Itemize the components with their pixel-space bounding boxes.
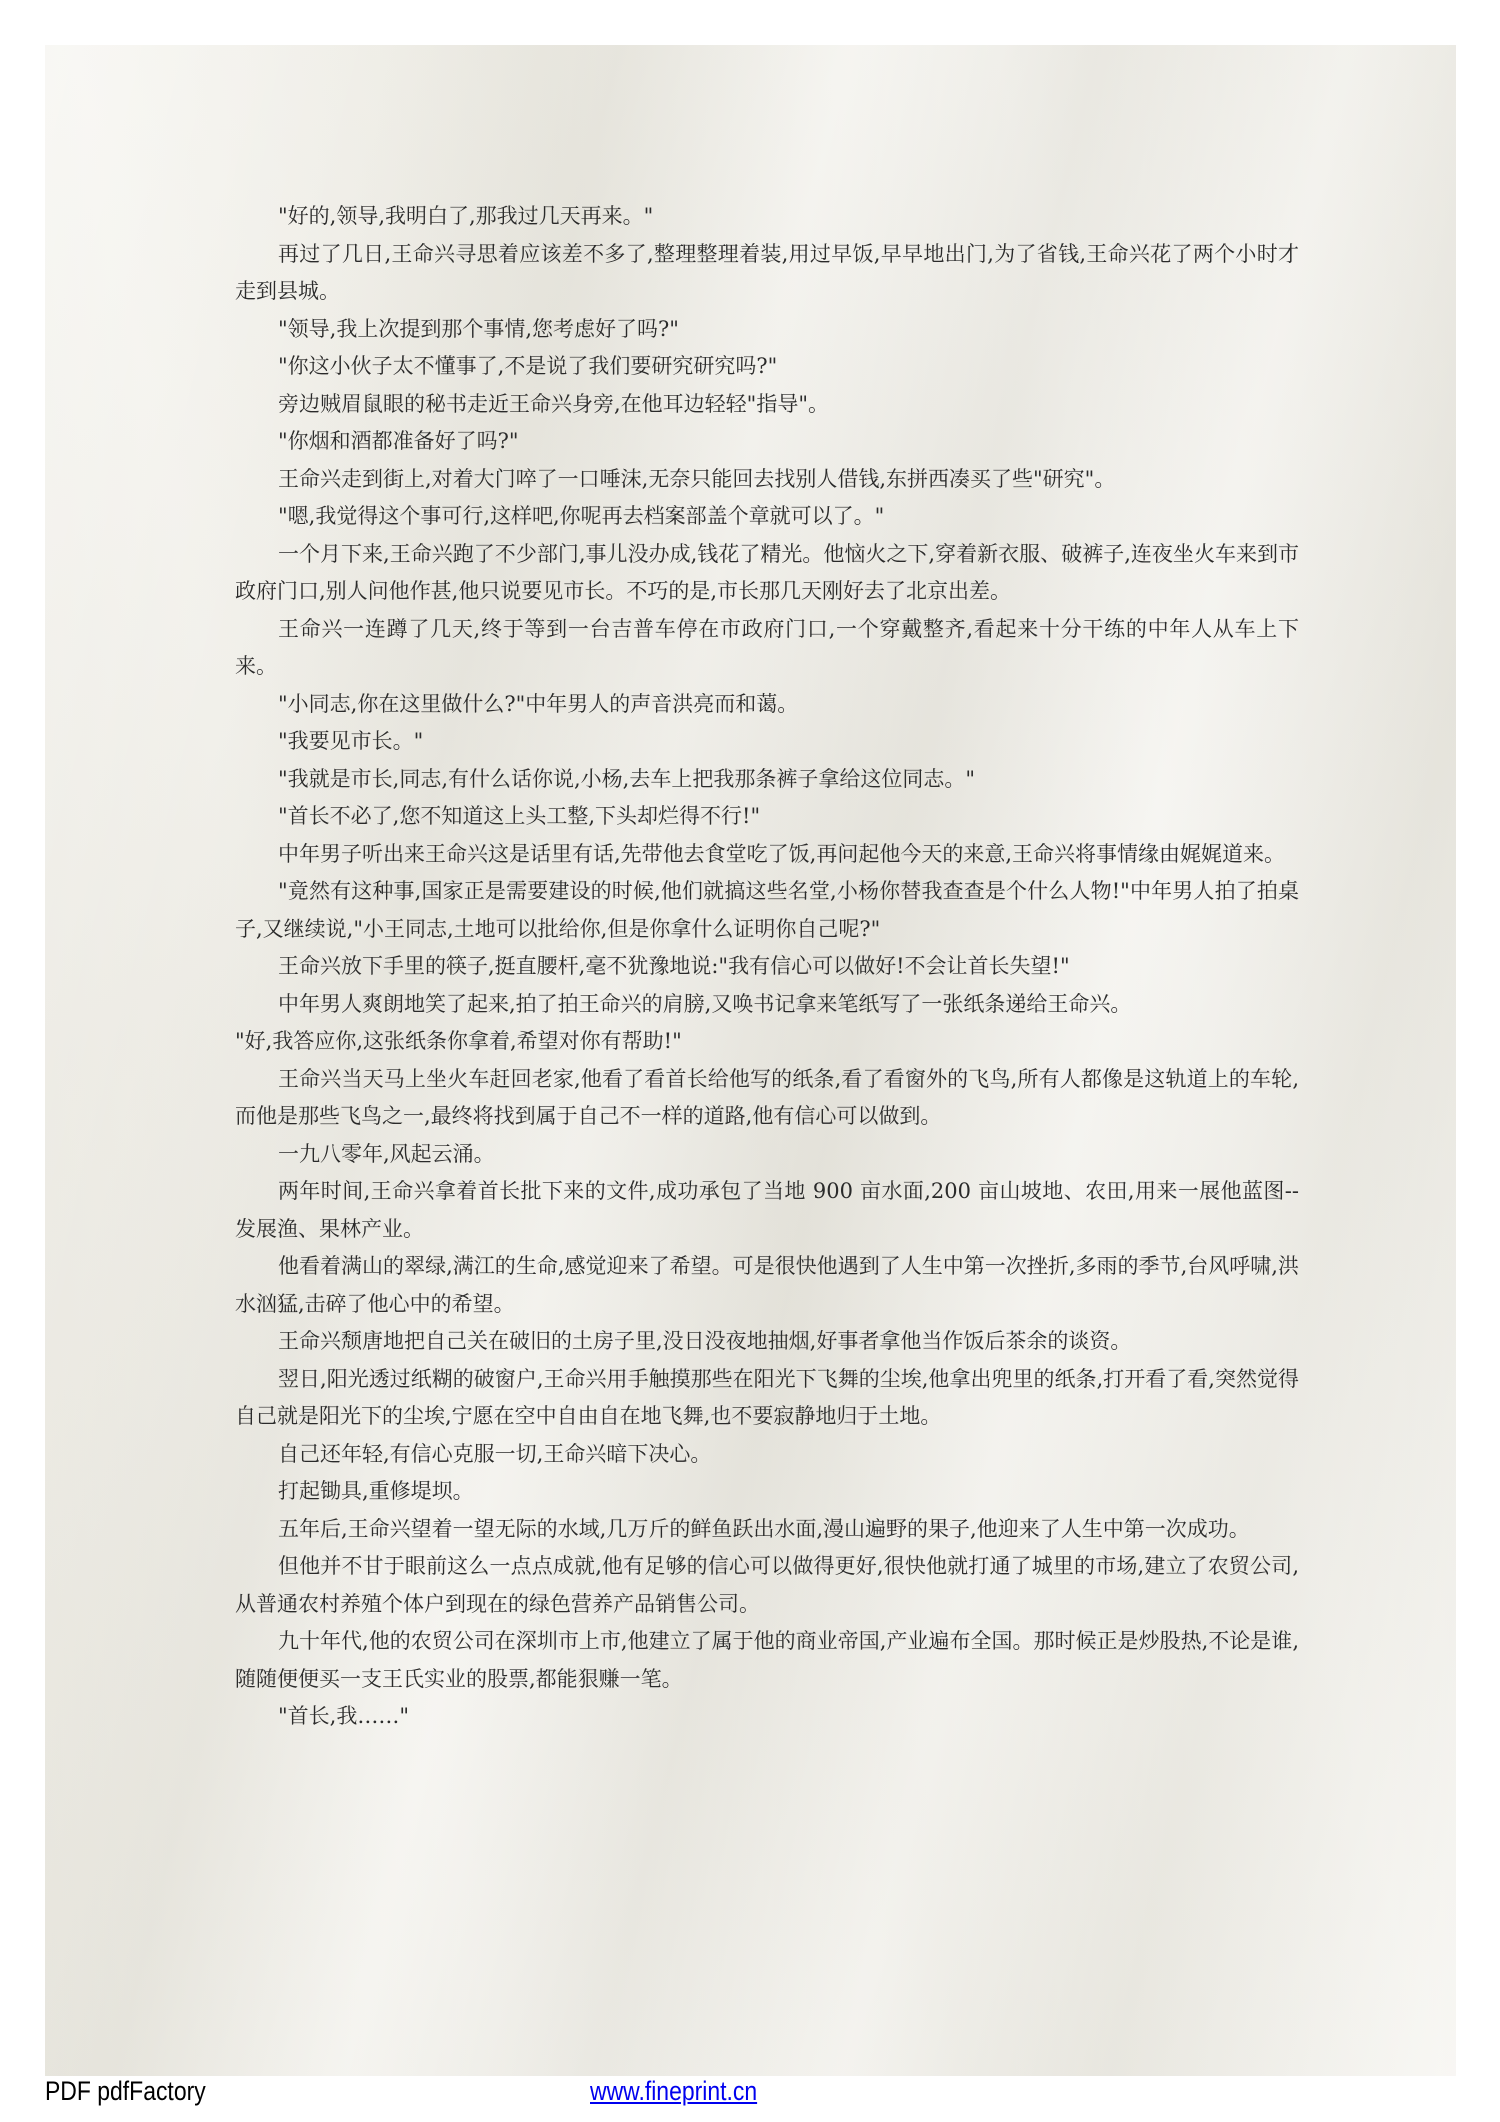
paragraph: "首长不必了,您不知道这上头工整,下头却烂得不行!" — [235, 798, 1299, 836]
paragraph: "首长,我……" — [235, 1698, 1299, 1736]
fineprint-link[interactable]: www.fineprint.cn — [590, 2076, 757, 2107]
document-body: "好的,领导,我明白了,那我过几天再来。" 再过了几日,王命兴寻思着应该差不多了… — [235, 198, 1299, 1736]
paragraph: 五年后,王命兴望着一望无际的水域,几万斤的鲜鱼跃出水面,漫山遍野的果子,他迎来了… — [235, 1511, 1299, 1549]
paragraph: "好,我答应你,这张纸条你拿着,希望对你有帮助!" — [235, 1023, 1299, 1061]
paragraph: 翌日,阳光透过纸糊的破窗户,王命兴用手触摸那些在阳光下飞舞的尘埃,他拿出兜里的纸… — [235, 1361, 1299, 1436]
paragraph: "你烟和酒都准备好了吗?" — [235, 423, 1299, 461]
pdffactory-label: PDF pdfFactory — [45, 2076, 206, 2107]
paragraph: "领导,我上次提到那个事情,您考虑好了吗?" — [235, 311, 1299, 349]
paragraph: 旁边贼眉鼠眼的秘书走近王命兴身旁,在他耳边轻轻"指导"。 — [235, 386, 1299, 424]
paragraph: 中年男人爽朗地笑了起来,拍了拍王命兴的肩膀,又唤书记拿来笔纸写了一张纸条递给王命… — [235, 986, 1299, 1024]
paragraph: "小同志,你在这里做什么?"中年男人的声音洪亮而和蔼。 — [235, 686, 1299, 724]
paragraph: 九十年代,他的农贸公司在深圳市上市,他建立了属于他的商业帝国,产业遍布全国。那时… — [235, 1623, 1299, 1698]
paragraph: "你这小伙子太不懂事了,不是说了我们要研究研究吗?" — [235, 348, 1299, 386]
paragraph: 自己还年轻,有信心克服一切,王命兴暗下决心。 — [235, 1436, 1299, 1474]
paragraph: 一个月下来,王命兴跑了不少部门,事儿没办成,钱花了精光。他恼火之下,穿着新衣服、… — [235, 536, 1299, 611]
paragraph: 他看着满山的翠绿,满江的生命,感觉迎来了希望。可是很快他遇到了人生中第一次挫折,… — [235, 1248, 1299, 1323]
paragraph: "好的,领导,我明白了,那我过几天再来。" — [235, 198, 1299, 236]
paragraph: 王命兴走到街上,对着大门啐了一口唾沫,无奈只能回去找别人借钱,东拼西凑买了些"研… — [235, 461, 1299, 499]
paragraph: 王命兴放下手里的筷子,挺直腰杆,毫不犹豫地说:"我有信心可以做好!不会让首长失望… — [235, 948, 1299, 986]
paragraph: "我就是市长,同志,有什么话你说,小杨,去车上把我那条裤子拿给这位同志。" — [235, 761, 1299, 799]
paragraph: 打起锄具,重修堤坝。 — [235, 1473, 1299, 1511]
paragraph: 两年时间,王命兴拿着首长批下来的文件,成功承包了当地 900 亩水面,200 亩… — [235, 1173, 1299, 1248]
paragraph: 但他并不甘于眼前这么一点点成就,他有足够的信心可以做得更好,很快他就打通了城里的… — [235, 1548, 1299, 1623]
paragraph: 王命兴当天马上坐火车赶回老家,他看了看首长给他写的纸条,看了看窗外的飞鸟,所有人… — [235, 1061, 1299, 1136]
paragraph: 中年男子听出来王命兴这是话里有话,先带他去食堂吃了饭,再问起他今天的来意,王命兴… — [235, 836, 1299, 874]
paragraph: "竟然有这种事,国家正是需要建设的时候,他们就搞这些名堂,小杨你替我查查是个什么… — [235, 873, 1299, 948]
paragraph: 王命兴颓唐地把自己关在破旧的土房子里,没日没夜地抽烟,好事者拿他当作饭后茶余的谈… — [235, 1323, 1299, 1361]
paragraph: 再过了几日,王命兴寻思着应该差不多了,整理整理着装,用过早饭,早早地出门,为了省… — [235, 236, 1299, 311]
paragraph: "我要见市长。" — [235, 723, 1299, 761]
paragraph: 一九八零年,风起云涌。 — [235, 1136, 1299, 1174]
paragraph: 王命兴一连蹲了几天,终于等到一台吉普车停在市政府门口,一个穿戴整齐,看起来十分干… — [235, 611, 1299, 686]
paragraph: "嗯,我觉得这个事可行,这样吧,你呢再去档案部盖个章就可以了。" — [235, 498, 1299, 536]
